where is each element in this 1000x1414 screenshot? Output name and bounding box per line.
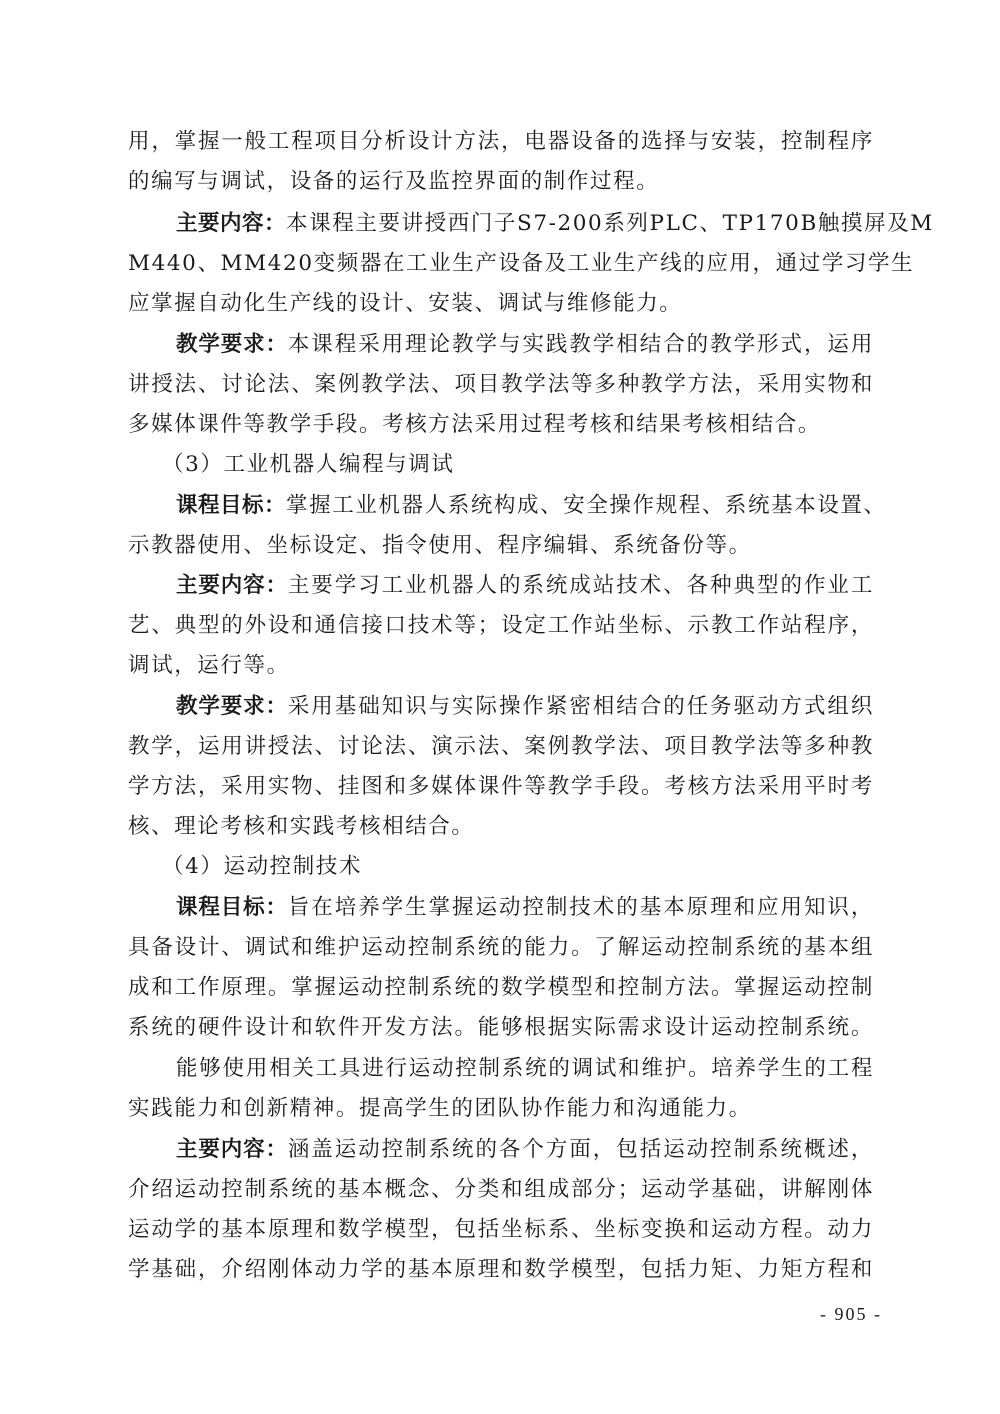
- paragraph-line: 课程目标：旨在培养学生掌握运动控制技术的基本原理和应用知识，: [176, 888, 874, 928]
- section-label: 主要内容：: [176, 211, 286, 236]
- section-label: 课程目标：: [176, 895, 288, 920]
- paragraph-line: 教学要求：本课程采用理论教学与实践教学相结合的教学形式，运用: [176, 325, 874, 365]
- paragraph-line: 教学，运用讲授法、讨论法、演示法、案例教学法、项目教学法等多种教: [128, 727, 874, 767]
- paragraph-line: 成和工作原理。掌握运动控制系统的数学模型和控制方法。掌握运动控制: [128, 968, 874, 1008]
- paragraph-line: M440、MM420变频器在工业生产设备及工业生产线的应用，通过学习学生: [128, 244, 874, 284]
- paragraph-line: 具备设计、调试和维护运动控制系统的能力。了解运动控制系统的基本组: [128, 928, 874, 968]
- paragraph-line: 示教器使用、坐标设定、指令使用、程序编辑、系统备份等。: [128, 526, 874, 566]
- paragraph-line: 用，掌握一般工程项目分析设计方法，电器设备的选择与安装，控制程序: [128, 122, 874, 162]
- paragraph-line: 课程目标：掌握工业机器人系统构成、安全操作规程、系统基本设置、: [176, 486, 874, 526]
- section-heading: （3）工业机器人编程与调试: [162, 445, 860, 485]
- document-page: 用，掌握一般工程项目分析设计方法，电器设备的选择与安装，控制程序 的编写与调试，…: [0, 0, 1000, 1414]
- paragraph-line: 艺、典型的外设和通信接口技术等；设定工作站坐标、示教工作站程序，: [128, 606, 874, 646]
- section-label: 主要内容：: [176, 1137, 288, 1162]
- section-label: 主要内容：: [176, 573, 288, 598]
- paragraph-line: 多媒体课件等教学手段。考核方法采用过程考核和结果考核相结合。: [128, 405, 874, 445]
- paragraph-line: 系统的硬件设计和软件开发方法。能够根据实际需求设计运动控制系统。: [128, 1008, 874, 1048]
- paragraph-line: 能够使用相关工具进行运动控制系统的调试和维护。培养学生的工程: [176, 1049, 874, 1089]
- page-number: - 905 -: [820, 1304, 882, 1325]
- section-heading: （4）运动控制技术: [162, 847, 860, 887]
- paragraph-line: 核、理论考核和实践考核相结合。: [128, 807, 874, 847]
- paragraph-line: 学方法，采用实物、挂图和多媒体课件等教学手段。考核方法采用平时考: [128, 767, 874, 807]
- paragraph-line: 运动学的基本原理和数学模型，包括坐标系、坐标变换和运动方程。动力: [128, 1210, 874, 1250]
- paragraph-line: 介绍运动控制系统的基本概念、分类和组成部分；运动学基础，讲解刚体: [128, 1170, 874, 1210]
- paragraph-line: 教学要求：采用基础知识与实际操作紧密相结合的任务驱动方式组织: [176, 687, 874, 727]
- section-label: 教学要求：: [176, 332, 288, 357]
- paragraph-line: 实践能力和创新精神。提高学生的团队协作能力和沟通能力。: [128, 1089, 874, 1129]
- section-label: 课程目标：: [176, 493, 286, 518]
- paragraph-line: 的编写与调试，设备的运行及监控界面的制作过程。: [128, 162, 874, 202]
- paragraph-line: 学基础，介绍刚体动力学的基本原理和数学模型，包括力矩、力矩方程和: [128, 1250, 874, 1290]
- paragraph-line: 主要内容：涵盖运动控制系统的各个方面，包括运动控制系统概述，: [176, 1130, 874, 1170]
- paragraph-line: 调试，运行等。: [128, 646, 874, 686]
- paragraph-line: 主要内容：主要学习工业机器人的系统成站技术、各种典型的作业工: [176, 566, 874, 606]
- paragraph-line: 主要内容：本课程主要讲授西门子S7-200系列PLC、TP170B触摸屏及M: [176, 204, 874, 244]
- paragraph-line: 应掌握自动化生产线的设计、安装、调试与维修能力。: [128, 284, 874, 324]
- section-label: 教学要求：: [176, 694, 288, 719]
- paragraph-line: 讲授法、讨论法、案例教学法、项目教学法等多种教学方法，采用实物和: [128, 365, 874, 405]
